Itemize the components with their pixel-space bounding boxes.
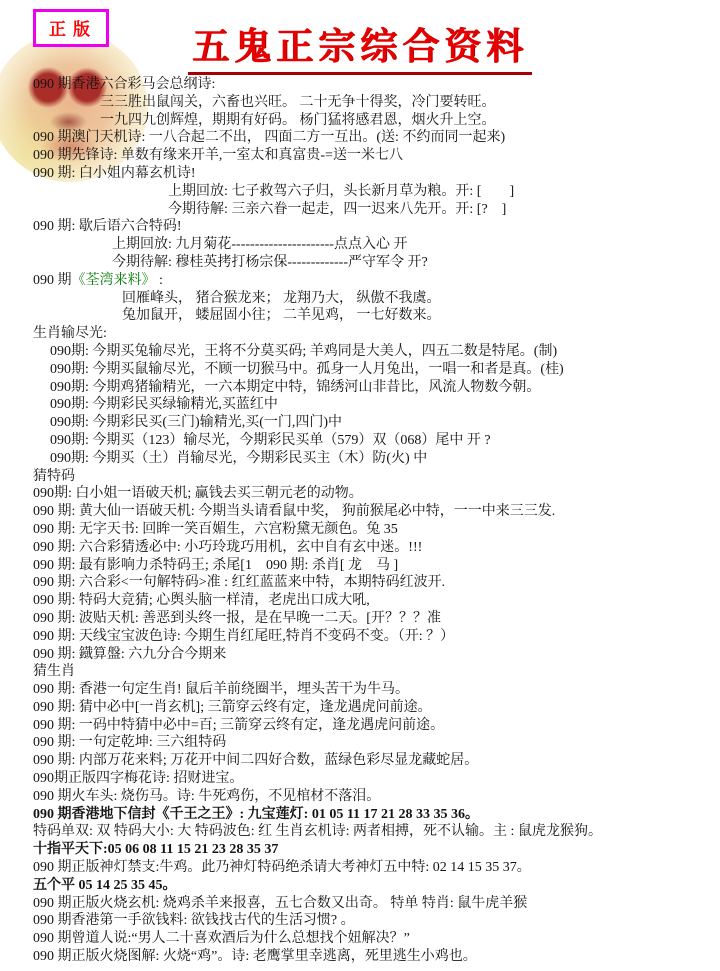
content-line: 上期回放: 七子救驾六子归，头长新月草为粮。开: [ ] (0, 183, 720, 201)
content-line: 090 期澳门天机诗: 一八合起二不出， 四面二方一互出。(送: 不约而同一起来… (0, 129, 720, 147)
content-line: 090 期: 黄大仙一语破天机: 今期当头请看鼠中奖， 狗前猴尾必中特，一一中来… (0, 503, 720, 521)
content-line: 090 期: 内部万花来料; 万花开中间二四好合数，蓝绿色彩尽显龙藏蛇居。 (0, 752, 720, 770)
page-title-text: 五鬼正宗综合资料 (188, 16, 532, 75)
content-line: 090 期: 六合彩猜透必中: 小巧玲珑巧用机，玄中自有玄中迷。!!! (0, 539, 720, 557)
content-line: 090 期: 天线宝宝波色诗: 今期生肖红尾旺,特肖不变码不变。（开: ？） (0, 628, 720, 646)
content-line: 090期: 今期鸡猪输精光，一六本期定中特，锦绣河山非昔比，风流人物数今朝。 (0, 379, 720, 397)
content-line: 090 期《荃湾来料》 : (0, 272, 720, 290)
content-line: 090 期: 白小姐内幕玄机诗! (0, 165, 720, 183)
content-line: 090期正版四字梅花诗: 招财进宝。 (0, 770, 720, 788)
content-line: 090期: 今期彩民买绿输精光,买蓝红中 (0, 396, 720, 414)
content-line: 今期待解: 穆桂英拷打杨宗保-------------严守军令 开? (0, 254, 720, 272)
content-line-segment: 090 期 (33, 273, 72, 288)
content-line: 十指平天下:05 06 08 11 15 21 23 28 35 37 (0, 841, 720, 859)
page: 正版 五鬼正宗综合资料 090 期香港六合彩马会总纲诗:三三胜出鼠闯关，六畜也兴… (0, 0, 720, 971)
content-line: 090 期: 一句定乾坤: 三六组特码 (0, 734, 720, 752)
content-line: 090 期: 香港一句定生肖! 鼠后羊前绕圈半，埋头苦干为牛马。 (0, 681, 720, 699)
content-line: 090期: 今期买（土）肖输尽光，今期彩民买主（木）防(火) 中 (0, 450, 720, 468)
content-line: 090 期曾道人说:“男人二十喜欢酒后为什么总想找个妞解决？” (0, 930, 720, 948)
content-line: 兔加鼠开， 蝼屈固小往； 二羊见鸡， 一七好数来。 (0, 307, 720, 325)
content-line: 090 期火车头: 烧伤马。诗: 牛死鸡伤，不见棺材不落泪。 (0, 788, 720, 806)
content-line: 090期: 今期买（123）输尽光，今期彩民买单（579）双（068）尾中 开 … (0, 432, 720, 450)
content: 090 期香港六合彩马会总纲诗:三三胜出鼠闯关，六畜也兴旺。 二十无争十得奖，冷… (0, 76, 720, 966)
content-line: 090 期: 猜中必中[一肖玄机]; 三箭穿云终有定，逢龙遇虎问前途。 (0, 699, 720, 717)
content-line: 特码单双: 双 特码大小: 大 特码波色: 红 生肖玄机诗: 两者相搏，死不认输… (0, 823, 720, 841)
content-line: 090期: 今期买鼠输尽光，不顾一切猴马中。孤身一人月兔出，一唱一和者是真。(桂… (0, 361, 720, 379)
content-line: 090 期: 六合彩<一句解特码>准 : 红红蓝蓝来中特，本期特码红波开. (0, 574, 720, 592)
content-line: 090 期: 无字天书: 回眸一笑百媚生，六宫粉黛无颜色。兔 35 (0, 521, 720, 539)
content-line-segment: : (156, 273, 163, 288)
content-line: 090 期先锋诗: 单数有缘来开羊,一室太和真富贵-=送一米七八 (0, 147, 720, 165)
content-line: 090 期: 一码中特猜中必中=百; 三箭穿云终有定，逢龙遇虎问前途。 (0, 717, 720, 735)
content-line: 090 期: 最有影响力杀特码王; 杀尾[1 090 期: 杀肖[ 龙 马 ] (0, 557, 720, 575)
content-line: 090期: 白小姐一语破天机; 赢钱去买三朝元老的动物。 (0, 485, 720, 503)
content-line: 090期: 今期买兔输尽光，王将不分莫买码; 羊鸡同是大美人，四五二数是特尾。(… (0, 343, 720, 361)
content-line: 090 期: 鐡算盤: 六九分合今期来 (0, 646, 720, 664)
content-line: 090期: 今期彩民买(三门)输精光,买(一门,四门)中 (0, 414, 720, 432)
content-line: 090 期: 特码大竞猜; 心舆头脑一样清，老虎出口成大吼, (0, 592, 720, 610)
content-line: 猜特码 (0, 468, 720, 486)
content-line: 090 期: 波贴天机: 善恶到头终一报，是在早晚一二天。[开？？？准 (0, 610, 720, 628)
content-line: 090 期香港地下信封《千王之王》: 九宝莲灯: 01 05 11 17 21 … (0, 806, 720, 824)
content-line: 上期回放: 九月菊花----------------------点点入心 开 (0, 236, 720, 254)
content-line: 090 期正版火烧图解: 火烧“鸡”。诗: 老鹰掌里幸逃离，死里逃生小鸡也。 (0, 948, 720, 966)
content-line: 今期待解: 三亲六眷一起走，四一迟来八先开。开: [? ] (0, 201, 720, 219)
content-line: 猜生肖 (0, 663, 720, 681)
content-line-segment: 《荃湾来料》 (72, 273, 156, 288)
content-line: 回雁峰头， 猪合猴龙来； 龙翔乃大， 纵傲不我虞。 (0, 290, 720, 308)
content-line: 生肖输尽光: (0, 325, 720, 343)
content-line: 一九四九创辉煌，期期有好码。 杨门猛将感君恩，烟火升上空。 (0, 112, 720, 130)
content-line: 五个平 05 14 25 35 45。 (0, 877, 720, 895)
content-line: 090 期: 歇后语六合特码! (0, 218, 720, 236)
content-line: 三三胜出鼠闯关，六畜也兴旺。 二十无争十得奖，冷门要转旺。 (0, 94, 720, 112)
content-line: 090 期正版火烧玄机: 烧鸡杀羊来报喜，五七合数又出奇。 特单 特肖: 鼠牛虎… (0, 895, 720, 913)
authenticity-stamp: 正版 (33, 9, 109, 47)
authenticity-stamp-label: 正版 (49, 20, 97, 39)
content-line: 090 期正版神灯禁支:牛鸡。此乃神灯特码绝杀请大考神灯五中特: 02 14 1… (0, 859, 720, 877)
content-line: 090 期香港六合彩马会总纲诗: (0, 76, 720, 94)
content-line: 090 期香港第一手欲钱料: 欲钱找古代的生活习惯? 。 (0, 912, 720, 930)
